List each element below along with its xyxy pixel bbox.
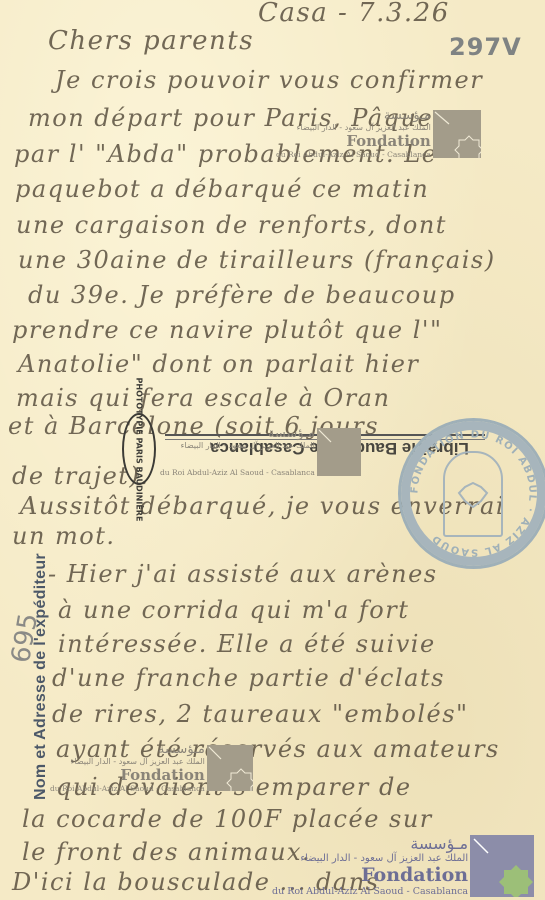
watermark-arabic-title: مـؤسسة — [384, 109, 431, 123]
foundation-logo-icon — [433, 110, 481, 158]
photographer-stamp-text: PHOTOTYPIE PARIS BAUDINIÈRE — [135, 377, 144, 521]
letter-line: paquebot a débarqué ce matin — [15, 175, 429, 203]
watermark-arabic-title: مـؤسسة — [158, 743, 205, 757]
foundation-logo-icon — [207, 745, 253, 791]
letter-line: une cargaison de renforts, dont — [16, 211, 447, 239]
watermark-french-subtitle: du Roi Abdul-Aziz Al Saoud - Casablanca — [276, 150, 431, 159]
watermark-french-title: Fondation — [120, 767, 205, 784]
letter-line: mais qui fera escale à Oran — [16, 384, 390, 412]
foundation-logo-icon — [317, 428, 361, 476]
letter-line: du 39e. Je préfère de beaucoup — [28, 281, 456, 309]
letter-line: le front des animaux. — [22, 838, 311, 866]
watermark-arabic-title: مـؤسسة — [268, 427, 315, 441]
sender-address-label: Nom et Adresse de l'expéditeur — [32, 553, 50, 800]
letter-line: d'une franche partie d'éclats — [52, 664, 445, 692]
watermark-french-title: Fondation — [346, 133, 431, 150]
watermark-arabic-title: مـؤسسة — [410, 835, 468, 853]
watermark-french-title: Fondation — [361, 865, 468, 886]
foundation-seal: FONDATION DU ROI ABDUL · AZIZ AL SAOUD — [398, 418, 545, 569]
watermark-french-subtitle: du Roi Abdul-Aziz Al Saoud - Casablanca — [272, 886, 468, 897]
letter-line: prendre ce navire plutôt que l'" — [12, 316, 443, 344]
letter-line: à une corrida qui m'a fort — [58, 596, 409, 624]
letter-line: de rires, 2 taureaux "embolés" — [52, 700, 469, 728]
foundation-watermark: مـؤسسة الملك عبد العزيز آل سعود - الدار … — [276, 110, 481, 158]
salutation: Chers parents — [48, 26, 254, 56]
watermark-french-subtitle: du Roi Abdul-Aziz Al Saoud - Casablanca — [50, 784, 205, 793]
letter-line: Je crois pouvoir vous confirmer — [55, 66, 483, 94]
foundation-watermark: مـؤسسة الملك عبد العزيز آل سعود - الدار … — [272, 835, 534, 897]
letter-line: un mot. — [12, 522, 116, 550]
foundation-watermark: مـؤسسة الملك عبد العزيز آل سعود - الدار … — [50, 745, 253, 791]
letter-line: Anatolie" dont on parlait hier — [18, 350, 419, 378]
watermark-french-subtitle: du Roi Abdul-Aziz Al Saoud - Casablanca — [160, 468, 315, 477]
seal-arch — [443, 451, 503, 537]
foundation-logo-icon — [470, 835, 534, 897]
photographer-stamp: PHOTOTYPIE PARIS BAUDINIÈRE — [122, 413, 156, 485]
letter-line: - Hier j'ai assisté aux arènes — [48, 560, 438, 588]
foundation-watermark: مـؤسسة الملك عبد العزيز آل سعود - الدار … — [160, 428, 361, 476]
archive-number: 297V — [449, 33, 522, 61]
letter-line: intéressée. Elle a été suivie — [58, 630, 436, 658]
place-date: Casa - 7.3.26 — [258, 0, 450, 28]
letter-line: la cocarde de 100F placée sur — [22, 805, 433, 833]
letter-line: une 30aine de tirailleurs (français) — [18, 246, 496, 274]
